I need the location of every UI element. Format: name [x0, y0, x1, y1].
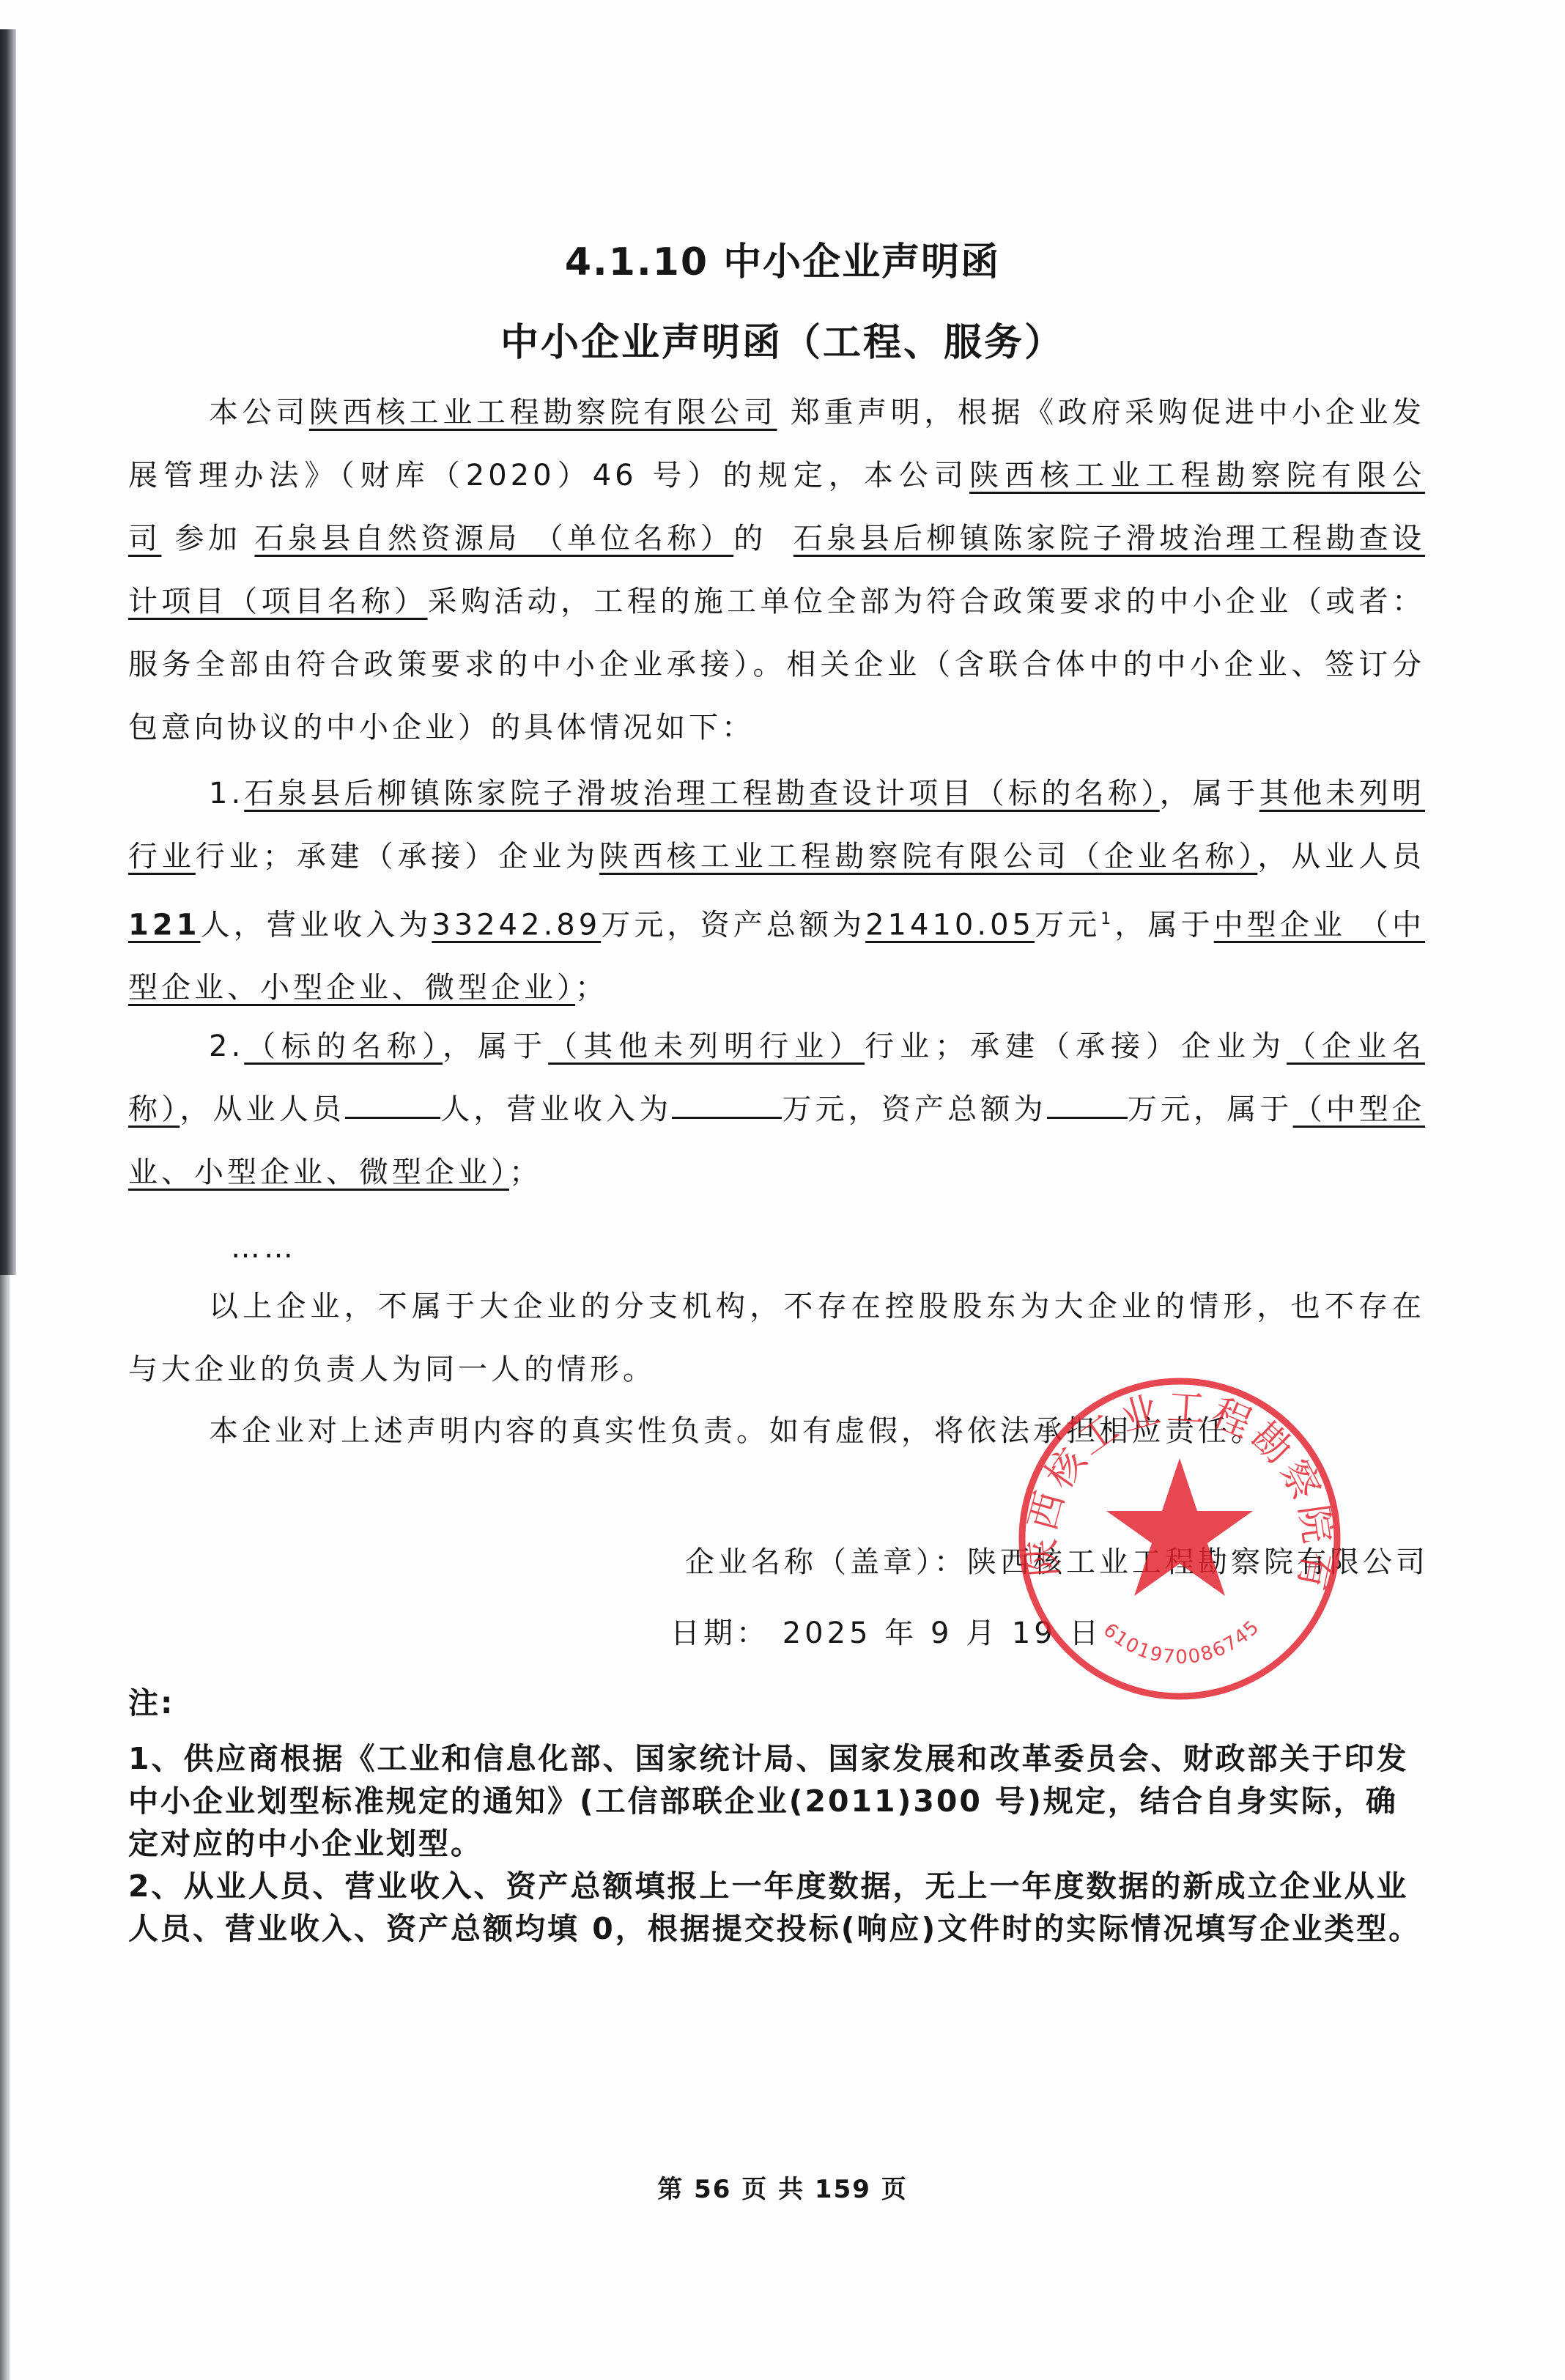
assets-field: 21410.05 — [865, 908, 1035, 942]
section-title: 4.1.10 中小企业声明函 — [0, 231, 1565, 286]
ellipsis-text: …… — [128, 1216, 1425, 1279]
intro-text-c: 参加 — [175, 522, 242, 555]
signature-date-label: 日期： — [670, 1616, 769, 1650]
revenue-field: 33242.89 — [432, 908, 601, 942]
notes-section: 注: 1、供应商根据《工业和信息化部、国家统计局、国家发展和改革委员会、财政部关… — [128, 1682, 1425, 1950]
item-text: ； — [509, 1156, 542, 1189]
item-text: 万元，资产总额为 — [782, 1093, 1046, 1126]
enterprise-item-2: 2.（标的名称），属于（其他未列明行业）行业；承建（承接）企业为（企业名称），从… — [128, 1015, 1425, 1204]
item-text: 人，营业收入为 — [201, 908, 432, 942]
assets-blank — [1047, 1089, 1128, 1119]
item-number: 2. — [209, 1030, 244, 1063]
item-text: 万元 — [1035, 908, 1100, 942]
item-text: ，属于 — [443, 1030, 548, 1063]
item-text: 行业；承建（承接）企业为 — [865, 1030, 1287, 1063]
employees-blank — [345, 1089, 440, 1119]
enterprise-item-1: 1.石泉县后柳镇陈家院子滑坡治理工程勘查设计项目（标的名称），属于其他未列明行业… — [128, 762, 1425, 1019]
item-text: ，属于 — [1160, 777, 1259, 810]
intro-text-d: 的 — [733, 522, 766, 555]
scan-page-edge — [0, 29, 16, 1275]
revenue-blank — [672, 1089, 782, 1119]
company-name-field: 陕西核工业工程勘察院有限公司 — [309, 396, 777, 429]
item-text: ，从业人员 — [180, 1093, 345, 1126]
item-text: ，从业人员 — [1257, 840, 1425, 873]
page-number: 第 56 页 共 159 页 — [0, 2169, 1565, 2205]
item-text: 行业；承建（承接）企业为 — [196, 840, 599, 873]
notes-label: 注: — [128, 1682, 1425, 1724]
subject-field: （标的名称） — [244, 1030, 443, 1063]
intro-text: 本公司 — [209, 396, 309, 429]
item-number: 1. — [209, 777, 244, 810]
item-text: ，属于 — [1114, 908, 1213, 942]
intro-paragraph: 本公司陕西核工业工程勘察院有限公司 郑重声明，根据《政府采购促进中小企业发展管理… — [128, 381, 1425, 759]
document-title: 中小企业声明函（工程、服务） — [0, 311, 1565, 366]
note-item-1: 1、供应商根据《工业和信息化部、国家统计局、国家发展和改革委员会、财政部关于印发… — [128, 1737, 1425, 1865]
employees-field: 121 — [128, 908, 201, 942]
item-text: 万元，属于 — [1128, 1093, 1293, 1126]
item-text: 万元，资产总额为 — [601, 908, 865, 942]
note-item-2: 2、从业人员、营业收入、资产总额填报上一年度数据，无上一年度数据的新成立企业从业… — [128, 1865, 1425, 1950]
footnote-marker: 1 — [1100, 910, 1114, 928]
item-text: 人，营业收入为 — [440, 1093, 672, 1126]
buyer-field: 石泉县自然资源局 （单位名称） — [254, 522, 733, 555]
company-seal-icon: 陕西核工业工程勘察院有限公司 6101970086745 — [1011, 1370, 1348, 1707]
ellipsis: …… — [128, 1216, 1425, 1279]
seal-code: 6101970086745 — [1099, 1616, 1265, 1668]
enterprise-field: 陕西核工业工程勘察院有限公司（企业名称） — [599, 840, 1257, 873]
signature-name-label: 企业名称（盖章）： — [685, 1545, 967, 1579]
scan-page-edge-lower — [0, 1275, 10, 2380]
industry-field: （其他未列明行业） — [548, 1030, 865, 1063]
subject-field: 石泉县后柳镇陈家院子滑坡治理工程勘查设计项目（标的名称） — [244, 777, 1160, 810]
item-text: ； — [575, 971, 608, 1005]
svg-text:6101970086745: 6101970086745 — [1099, 1616, 1265, 1668]
